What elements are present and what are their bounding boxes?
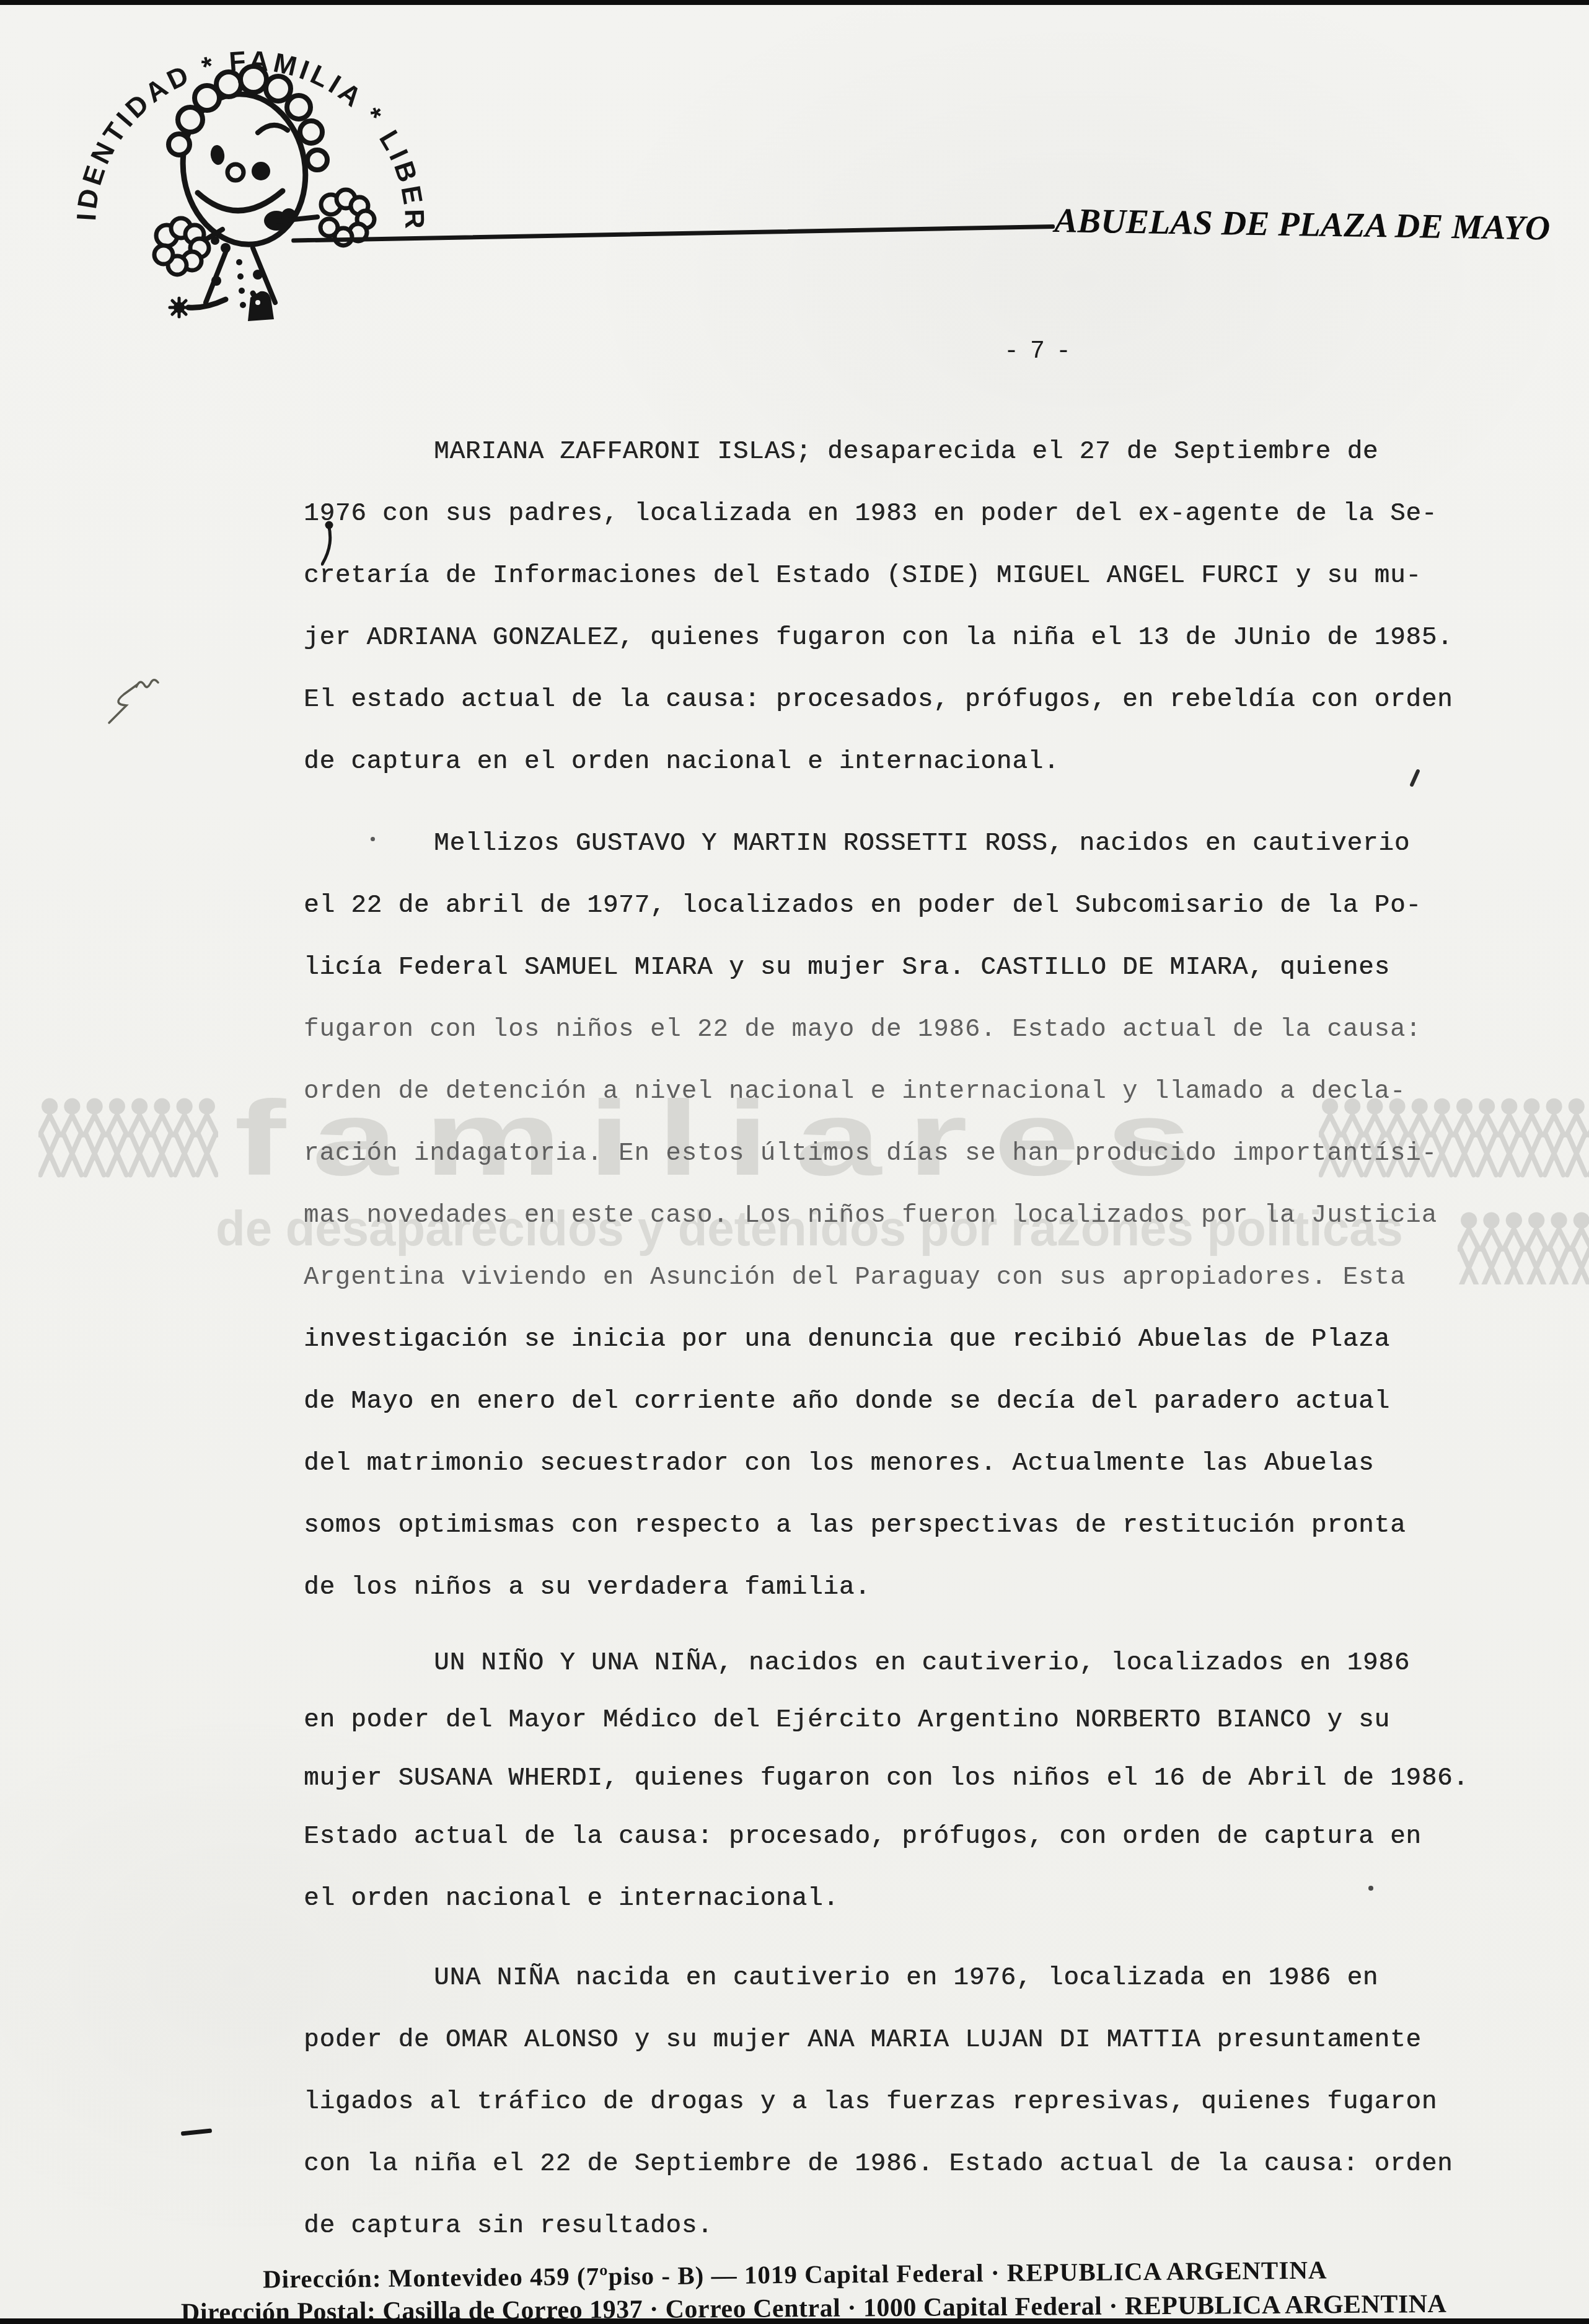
logo: IDENTIDAD * FAMILIA * LIBERTAD: [40, 11, 436, 321]
logo-arc-text: IDENTIDAD * FAMILIA * LIBERTAD: [40, 11, 429, 233]
document-line: con la niña el 22 de Septiembre de 1986.…: [304, 2150, 1453, 2179]
document-line: de captura sin resultados.: [304, 2212, 713, 2241]
document-line: el orden nacional e internacional.: [304, 1884, 839, 1914]
document-line: mas novedades en este caso. Los niños fu…: [304, 1201, 1437, 1230]
document-line: en poder del Mayor Médico del Ejército A…: [304, 1706, 1390, 1735]
document-line: de Mayo en enero del corriente año donde…: [304, 1387, 1390, 1416]
handwriting-dash: [181, 2128, 212, 2136]
document-line: de captura en el orden nacional e intern…: [304, 748, 1059, 777]
handwriting-squiggle: [104, 668, 164, 730]
document-line: MARIANA ZAFFARONI ISLAS; desaparecida el…: [434, 438, 1378, 467]
organization-title: ABUELAS DE PLAZA DE MAYO: [1054, 202, 1551, 248]
document-line: ración indagatoria. En estos últimos día…: [304, 1139, 1437, 1169]
document-line: cretaría de Informaciones del Estado (SI…: [304, 562, 1422, 591]
document-line: UNA NIÑA nacida en cautiverio en 1976, l…: [434, 1964, 1378, 1993]
document-line: orden de detención a nivel nacional e in…: [304, 1077, 1406, 1107]
document-line: 1976 con sus padres, localizada en 1983 …: [304, 500, 1437, 529]
document-line: Estado actual de la causa: procesado, pr…: [304, 1823, 1422, 1852]
document-line: el 22 de abril de 1977, localizados en p…: [304, 891, 1422, 921]
document-line: fugaron con los niños el 22 de mayo de 1…: [304, 1015, 1422, 1045]
scan-bottom-edge: [0, 2318, 1589, 2324]
scanned-document-page: familiares de desaparecidos y detenidos …: [0, 0, 1589, 2324]
document-line: ligados al tráfico de drogas y a las fue…: [304, 2088, 1437, 2117]
spur-wheel: [170, 298, 188, 317]
document-line: UN NIÑO Y UNA NIÑA, nacidos en cautiveri…: [434, 1649, 1410, 1678]
document-line: investigación se inicia por una denuncia…: [304, 1325, 1390, 1354]
document-line: jer ADRIANA GONZALEZ, quienes fugaron co…: [304, 624, 1453, 653]
document-line: somos optimismas con respecto a las pers…: [304, 1511, 1406, 1540]
ink-speck-2: [371, 837, 375, 841]
document-line: El estado actual de la causa: procesados…: [304, 686, 1453, 715]
ink-speck-1: [1409, 769, 1420, 787]
document-line: del matrimonio secuestrador con los meno…: [304, 1449, 1374, 1478]
paper-doll-chain-left: [38, 1096, 218, 1178]
document-line: mujer SUSANA WHERDI, quienes fugaron con…: [304, 1764, 1469, 1793]
paper-doll-chain-bottom-right: [1458, 1210, 1589, 1284]
ink-speck-3: [1368, 1886, 1373, 1891]
handwriting-digit-correction: [321, 519, 342, 570]
document-line: Mellizos GUSTAVO Y MARTIN ROSSETTI ROSS,…: [434, 829, 1410, 859]
document-line: licía Federal SAMUEL MIARA y su mujer Sr…: [304, 953, 1390, 983]
scan-top-edge: [0, 0, 1589, 5]
document-line: de los niños a su verdadera familia.: [304, 1573, 871, 1602]
document-line: poder de OMAR ALONSO y su mujer ANA MARI…: [304, 2026, 1422, 2055]
document-line: Argentina viviendo en Asunción del Parag…: [304, 1263, 1406, 1292]
footer-address-line1: Dirección: Montevideo 459 (7ºpiso - B) —…: [263, 2255, 1327, 2294]
page-number: - 7 -: [1004, 340, 1069, 365]
